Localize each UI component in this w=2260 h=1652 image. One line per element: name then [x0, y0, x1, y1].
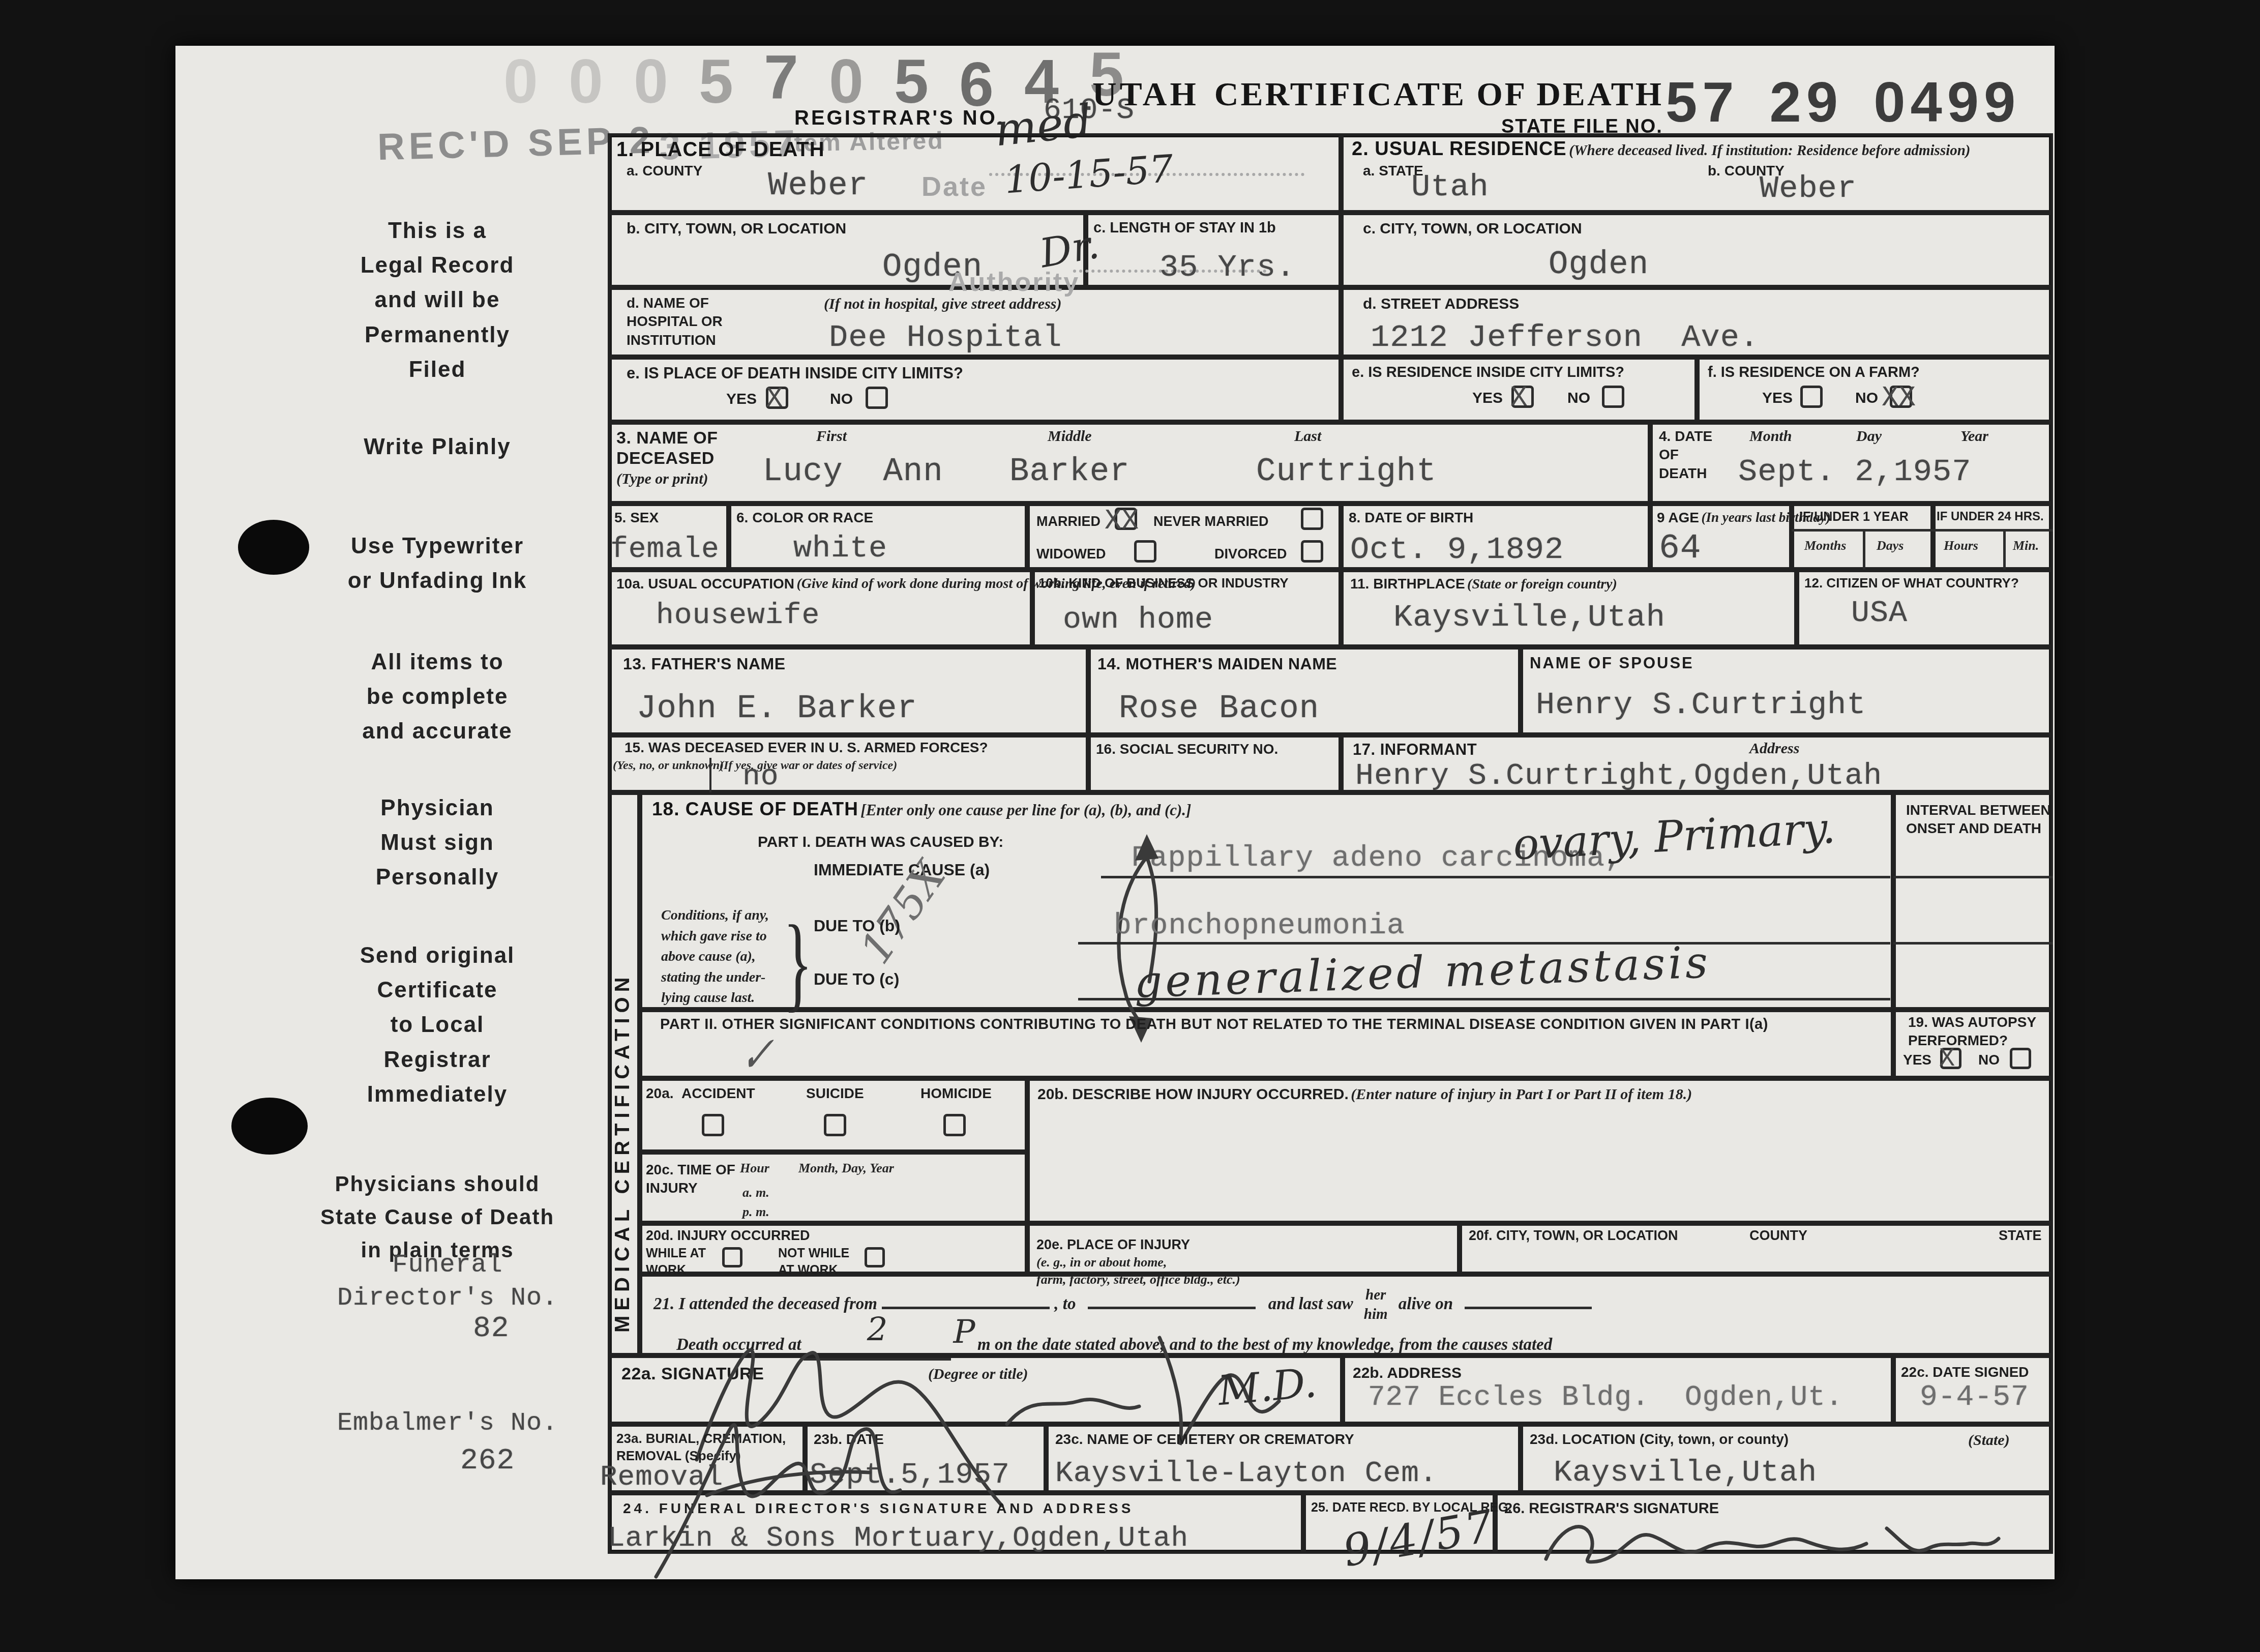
- s13-label: 13. FATHER'S NAME: [623, 654, 786, 674]
- s6-label: 6. COLOR OR RACE: [736, 509, 873, 527]
- s17-label: 17. INFORMANT: [1353, 740, 1477, 760]
- s2a-value: Utah: [1411, 169, 1489, 205]
- s2e-label: e. IS RESIDENCE INSIDE CITY LIMITS?: [1352, 363, 1624, 382]
- not-while-at-work-checkbox: [865, 1247, 885, 1267]
- accident-checkbox: [702, 1114, 724, 1136]
- registrar-signature: [1531, 1513, 2009, 1569]
- under24-label: IF UNDER 24 HRS.: [1937, 509, 2044, 524]
- spouse-value: Henry S.Curtright: [1536, 687, 1866, 723]
- s18-part2: PART II. OTHER SIGNIFICANT CONDITIONS CO…: [660, 1015, 1870, 1035]
- s21-blank3: [1465, 1307, 1592, 1309]
- s4-value: Sept. 2,1957: [1738, 454, 1971, 490]
- s3-middle-value: Barker: [1009, 454, 1129, 490]
- s2f-yes-checkbox: [1800, 386, 1823, 408]
- s1-date-stamp: Date: [921, 171, 987, 202]
- s2f-label: f. IS RESIDENCE ON A FARM?: [1708, 363, 1920, 382]
- s10b-label: 10b. KIND OF BUSINESS OR INDUSTRY: [1038, 575, 1289, 592]
- s23d-label: 23d. LOCATION (City, town, or county): [1530, 1430, 1789, 1449]
- s7-divorced-checkbox: [1301, 540, 1323, 563]
- s22c-value: 9-4-57: [1920, 1381, 2029, 1414]
- s7-widowed-checkbox: [1134, 540, 1156, 563]
- s4-day-hint: Day: [1856, 426, 1882, 446]
- s20d-notwhile: NOT WHILE AT WORK: [778, 1245, 849, 1278]
- funeral-director-signature: [626, 1373, 1134, 1587]
- s22b-value: 727 Eccles Bldg. Ogden,Ut.: [1368, 1381, 1843, 1413]
- s11-label: 11. BIRTHPLACE (State or foreign country…: [1350, 575, 1617, 594]
- s14-label: 14. MOTHER'S MAIDEN NAME: [1097, 654, 1337, 674]
- s2c-label: c. CITY, TOWN, OR LOCATION: [1363, 219, 1582, 239]
- s20a-accident: ACCIDENT: [681, 1084, 755, 1103]
- s19-label: 19. WAS AUTOPSY PERFORMED?: [1908, 1013, 2036, 1050]
- interval-line-b: [1893, 942, 2053, 945]
- s18-due-c-label: DUE TO (c): [814, 969, 899, 990]
- s20a-label: 20a.: [646, 1084, 674, 1103]
- under1-div: [1863, 529, 1865, 570]
- s18-interval-label: INTERVAL BETWEEN ONSET AND DEATH: [1906, 801, 2051, 838]
- s1e-yes-label: YES: [726, 391, 757, 408]
- s18-brace: }: [783, 901, 813, 1024]
- s22c-label: 22c. DATE SIGNED: [1901, 1363, 2029, 1381]
- s2f-no-mark: XX: [1882, 381, 1916, 414]
- s20c-am: a. m.: [742, 1185, 769, 1200]
- s18-due-b-label: DUE TO (b): [814, 916, 900, 937]
- margin-note-send-original: Send original Certificate to Local Regis…: [295, 938, 580, 1112]
- while-at-work-checkbox: [722, 1247, 742, 1267]
- state-file-no-stamp: 57290499: [1666, 60, 2051, 135]
- s18-a-line: [1101, 876, 1890, 878]
- s19-no-label: NO: [1978, 1052, 2000, 1068]
- s1d-value: Dee Hospital: [829, 319, 1062, 356]
- under24-div: [2003, 529, 2006, 570]
- s20b-label: 20b. DESCRIBE HOW INJURY OCCURRED. (Ente…: [1037, 1084, 1692, 1104]
- s2e-no-label: NO: [1567, 390, 1590, 407]
- s2b-value: Weber: [1760, 170, 1857, 206]
- s15-hint1: (Yes, no, or unknown): [613, 759, 724, 773]
- s8-label: 8. DATE OF BIRTH: [1349, 509, 1473, 527]
- part2-checkmark: ✓: [739, 1027, 775, 1083]
- s11-value: Kaysville,Utah: [1393, 599, 1666, 635]
- s2e-no-checkbox: [1602, 386, 1624, 408]
- margin-note-write-plainly: Write Plainly: [295, 430, 580, 464]
- s20f-state: STATE: [1999, 1227, 2042, 1245]
- s7-label-married: MARRIED: [1036, 513, 1101, 530]
- s13-value: John E. Barker: [637, 691, 917, 727]
- s3-label2: DECEASED: [616, 448, 715, 469]
- s2e-yes-mark: X: [1510, 381, 1528, 414]
- s20c-hour: Hour: [740, 1161, 769, 1176]
- form-title-main: CERTIFICATE OF DEATH: [1214, 76, 1663, 113]
- form-title-utah: UTAH: [1092, 76, 1199, 113]
- funeral-director-no-label: Funeral Director's No.: [305, 1249, 590, 1315]
- s3-last-value: Curtright: [1256, 454, 1437, 490]
- s1-title: 1. PLACE OF DEATH: [616, 138, 825, 161]
- hours-label: Hours: [1944, 538, 1978, 553]
- s2d-label: d. STREET ADDRESS: [1363, 294, 1519, 314]
- s20c-label: 20c. TIME OF INJURY: [646, 1161, 735, 1198]
- s18-conditions: Conditions, if any, which gave rise to a…: [661, 905, 769, 1009]
- margin-note-physician-sign: Physician Must sign Personally: [295, 791, 580, 895]
- s20d-label: 20d. INJURY OCCURRED: [646, 1227, 810, 1245]
- s19-yes-label: YES: [1903, 1052, 1931, 1068]
- s23d-value: Kaysville,Utah: [1554, 1456, 1817, 1490]
- s1c-label: c. LENGTH OF STAY IN 1b: [1093, 219, 1276, 238]
- margin-note-typewriter: Use Typewriter or Unfading Ink: [285, 529, 590, 598]
- s15-value: no: [742, 760, 779, 793]
- s20f-label: 20f. CITY, TOWN, OR LOCATION: [1469, 1227, 1678, 1245]
- s16-label: 16. SOCIAL SECURITY NO.: [1096, 740, 1278, 758]
- days-label: Days: [1877, 538, 1904, 553]
- s17-address-hint: Address: [1749, 739, 1799, 758]
- s20a-homicide: HOMICIDE: [920, 1084, 992, 1103]
- s20e-label: 20e. PLACE OF INJURY (e. g., in or about…: [1036, 1227, 1240, 1288]
- embalmer-no-label: Embalmer's No.: [305, 1409, 590, 1438]
- s12-value: USA: [1851, 596, 1908, 631]
- margin-note-complete: All items to be complete and accurate: [295, 645, 580, 749]
- margin-note-legal-record: This is a Legal Record and will be Perma…: [295, 214, 580, 387]
- embalmer-no-value: 262: [460, 1444, 515, 1478]
- s1e-no-checkbox: [866, 387, 888, 409]
- s19-no-checkbox: [2010, 1048, 2031, 1069]
- medical-certification-label: MEDICAL CERTIFICATION: [611, 814, 634, 1333]
- s18-part1: PART I. DEATH WAS CAUSED BY:: [758, 832, 1003, 852]
- s10b-value: own home: [1063, 603, 1213, 637]
- s3-label3: (Type or print): [616, 469, 708, 489]
- s1c-value: 35 Yrs.: [1159, 249, 1295, 285]
- s2f-yes-label: YES: [1762, 390, 1793, 407]
- s2-title: 2. USUAL RESIDENCE (Where deceased lived…: [1352, 138, 1971, 161]
- s15-label: 15. WAS DECEASED EVER IN U. S. ARMED FOR…: [625, 739, 988, 757]
- s7-never-checkbox: [1301, 508, 1323, 530]
- s2e-yes-label: YES: [1472, 390, 1503, 407]
- spouse-label: NAME OF SPOUSE: [1530, 654, 1694, 673]
- under1-subline: [1792, 529, 2053, 532]
- s1d-label: d. NAME OF HOSPITAL OR INSTITUTION: [627, 294, 723, 349]
- funeral-director-no-value: 82: [473, 1312, 510, 1345]
- s3-label1: 3. NAME OF: [616, 427, 718, 449]
- months-label: Months: [1804, 538, 1846, 553]
- s8-value: Oct. 9,1892: [1350, 532, 1564, 568]
- under1yr-label: IF UNDER 1 YEAR: [1799, 509, 1909, 525]
- s23d-state-hint: (State): [1968, 1430, 2010, 1450]
- s5-value: female: [610, 533, 720, 566]
- s22b-label: 22b. ADDRESS: [1353, 1363, 1462, 1383]
- registrars-no-label: REGISTRAR'S NO.: [794, 107, 1005, 130]
- s7-label-divorced: DIVORCED: [1214, 545, 1287, 563]
- s4-month-hint: Month: [1749, 426, 1792, 446]
- s7-married-mark: XX: [1105, 505, 1139, 537]
- suicide-checkbox: [824, 1114, 846, 1136]
- s1b-label: b. CITY, TOWN, OR LOCATION: [627, 219, 846, 239]
- s18-b-typed: bronchopneumonia: [1114, 909, 1405, 942]
- s20d-while: WHILE AT WORK: [646, 1245, 706, 1278]
- s12-label: 12. CITIZEN OF WHAT COUNTRY?: [1804, 575, 2019, 592]
- s1e-label: e. IS PLACE OF DEATH INSIDE CITY LIMITS?: [627, 363, 963, 383]
- s4-year-hint: Year: [1960, 426, 1988, 446]
- s3-middle-hint: Middle: [1048, 426, 1092, 446]
- s15-divider: [709, 758, 711, 792]
- s20c-pm: p. m.: [742, 1204, 769, 1220]
- s17-value: Henry S.Curtright,Ogden,Utah: [1355, 759, 1882, 793]
- min-label: Min.: [2013, 538, 2039, 553]
- s20a-suicide: SUICIDE: [806, 1084, 864, 1103]
- s1a-label: a. COUNTY: [627, 162, 702, 180]
- s10a-value: housewife: [656, 599, 820, 632]
- s3-first-value: Lucy Ann: [763, 454, 943, 490]
- s7-label-never: NEVER MARRIED: [1153, 513, 1269, 530]
- s21-her-him: her him: [1364, 1286, 1388, 1324]
- scanned-death-certificate: This is a Legal Record and will be Perma…: [0, 0, 2260, 1652]
- s1e-yes-mark: X: [766, 382, 783, 415]
- s3-last-hint: Last: [1294, 426, 1321, 446]
- s3-first-hint: First: [816, 426, 847, 446]
- s19-yes-mark: X: [1939, 1044, 1955, 1074]
- s9-value: 64: [1659, 529, 1702, 568]
- s2f-no-label: NO: [1855, 390, 1878, 407]
- s1e-no-label: NO: [830, 391, 853, 408]
- s2d-value: 1212 Jefferson Ave.: [1371, 319, 1759, 356]
- s18-header: 18. CAUSE OF DEATH [Enter only one cause…: [652, 799, 1191, 820]
- s14-value: Rose Bacon: [1119, 691, 1319, 727]
- s20f-county: COUNTY: [1749, 1227, 1807, 1245]
- s22a-degree-handwriting: M.D.: [1216, 1359, 1318, 1415]
- interval-line-a: [1893, 876, 2053, 878]
- form-title: UTAH CERTIFICATE OF DEATH: [1092, 75, 1663, 114]
- homicide-checkbox: [943, 1114, 966, 1136]
- s5-label: 5. SEX: [614, 509, 659, 527]
- s2c-value: Ogden: [1549, 247, 1649, 283]
- s7-label-widowed: WIDOWED: [1036, 545, 1106, 563]
- s1a-value: Weber: [768, 168, 868, 204]
- s20c-mdy: Month, Day, Year: [798, 1161, 894, 1176]
- s6-value: white: [793, 532, 887, 566]
- s4-label: 4. DATE OF DEATH: [1659, 427, 1712, 483]
- s1d-hint: (If not in hospital, give street address…: [824, 294, 1062, 314]
